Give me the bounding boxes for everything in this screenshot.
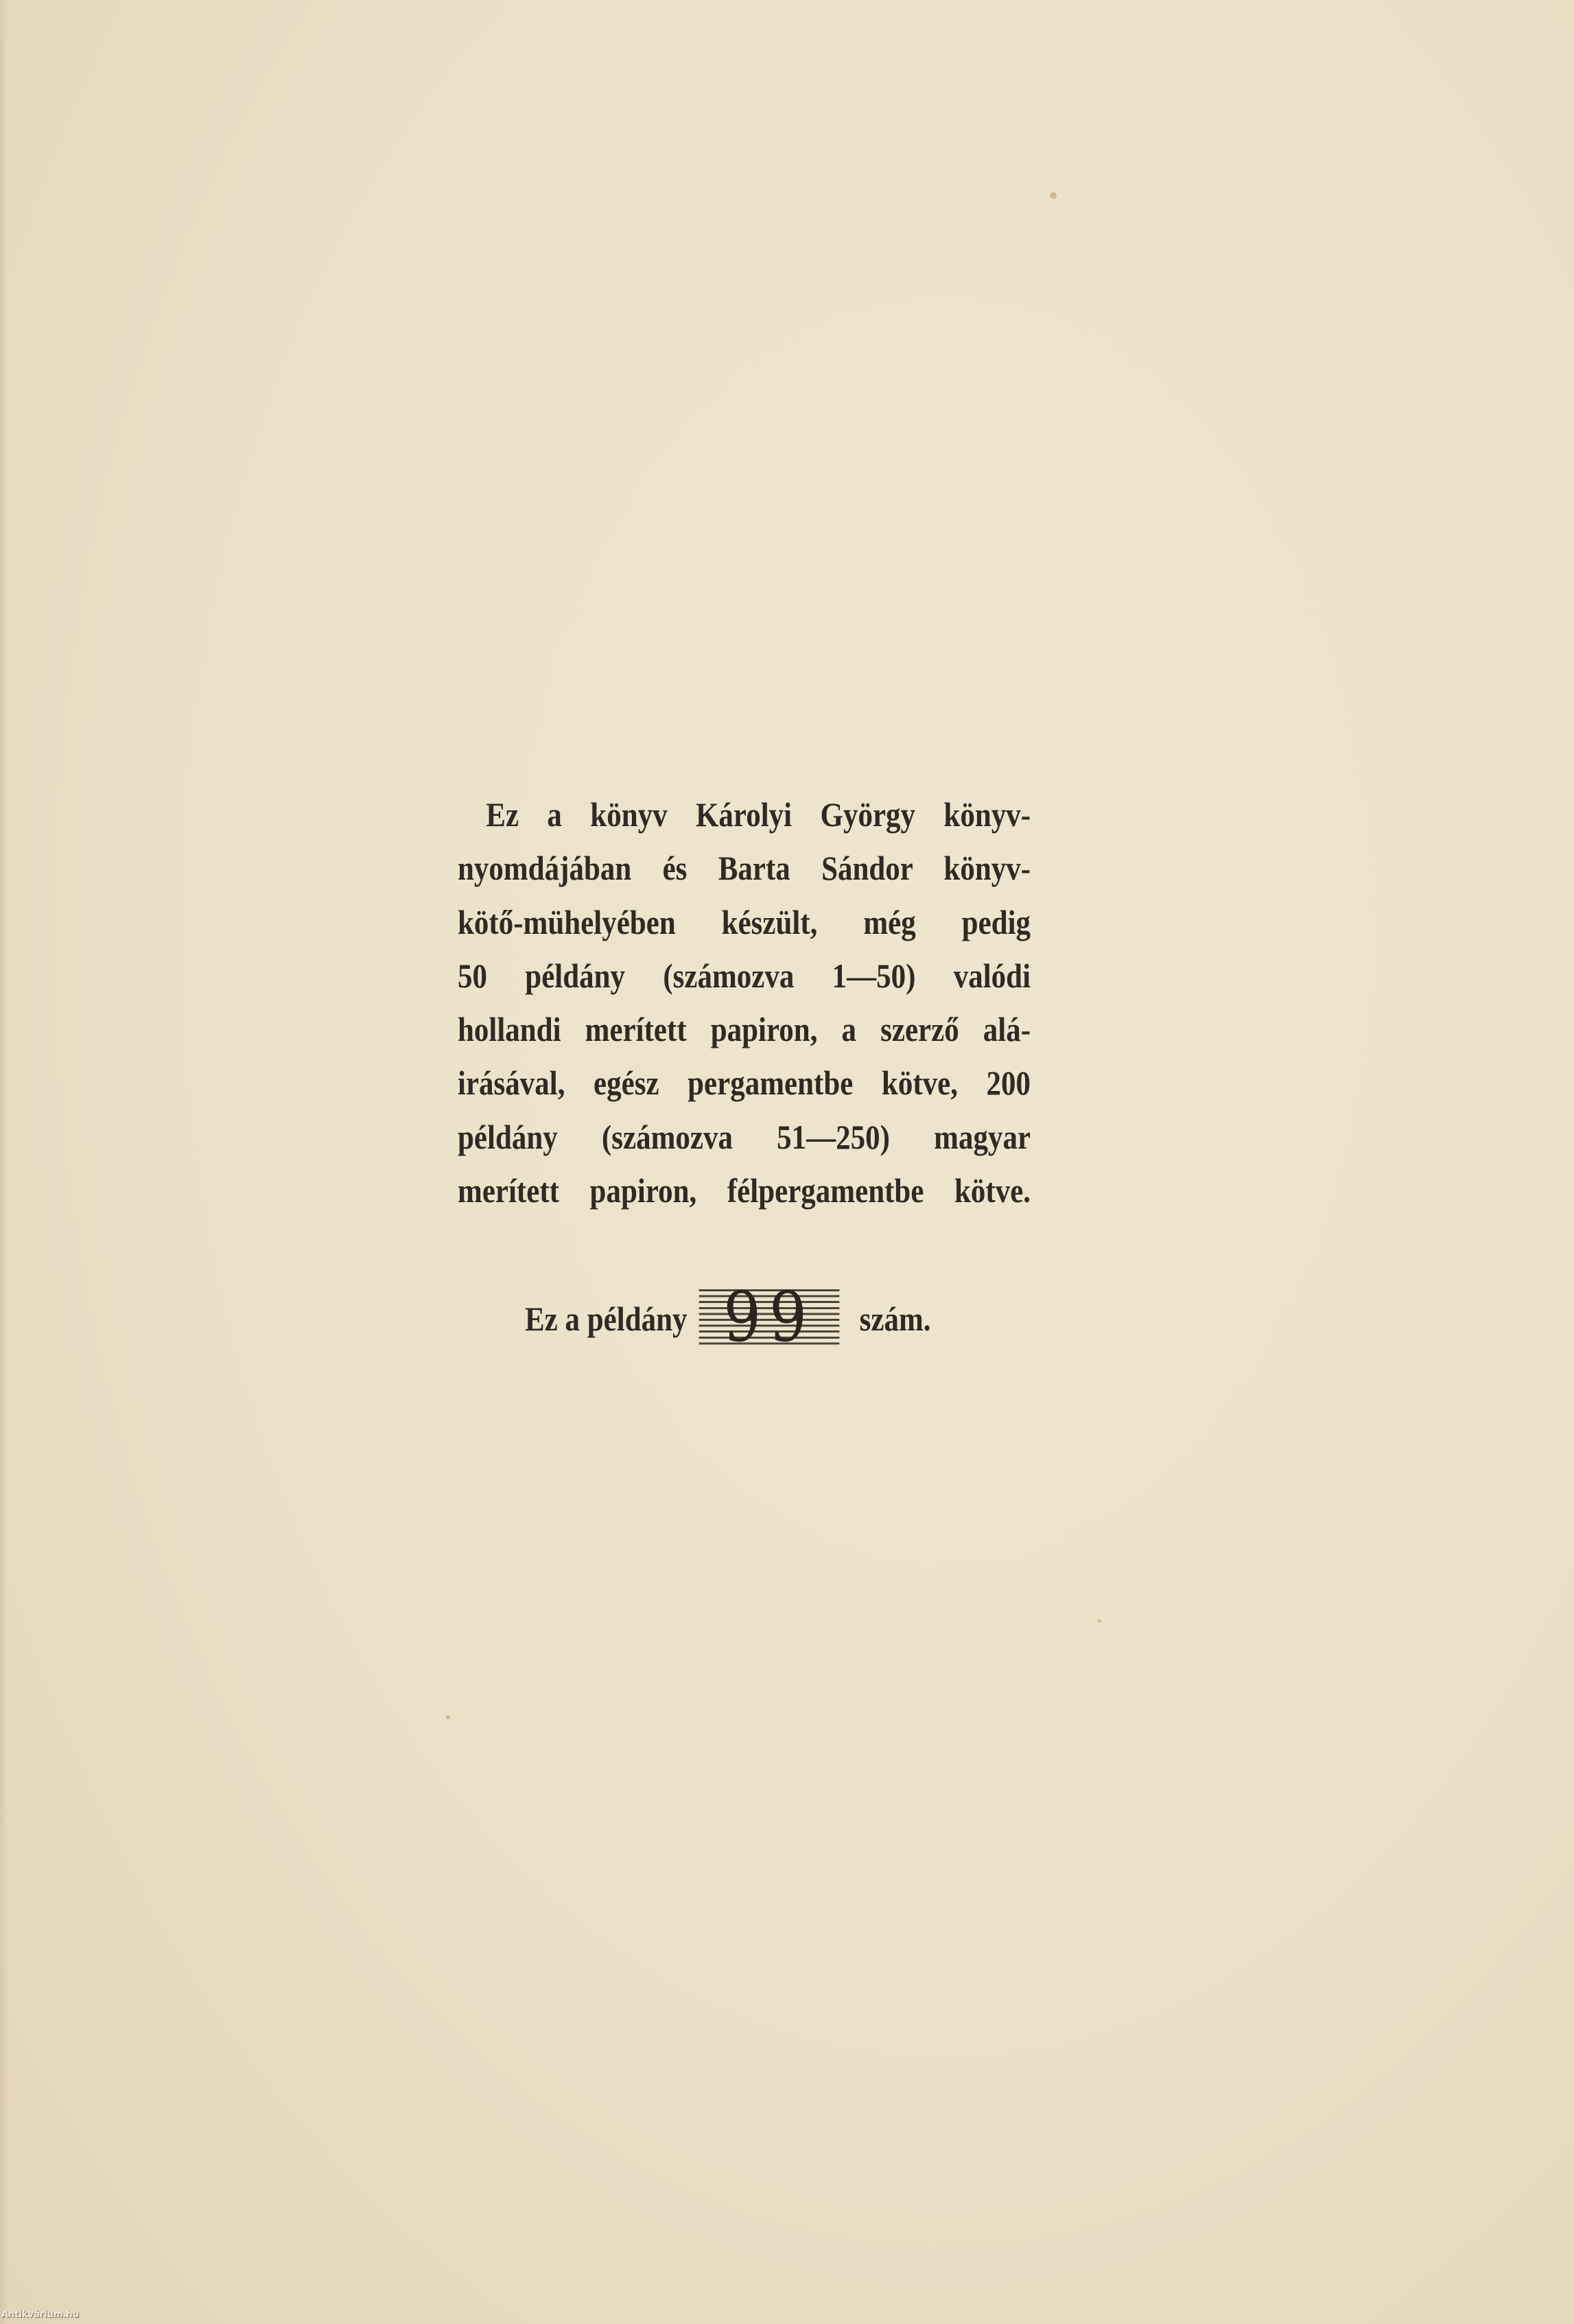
copy-number-value: 99 [723,1283,815,1352]
colophon-line: 50 példány (számozva 1—50) valódi [458,949,1031,1002]
colophon-line: példány (számozva 51—250) magyar [458,1110,1031,1164]
colophon-line: merített papiron, félpergamentbe kötve. [458,1164,1031,1217]
colophon-paragraph: Ez a könyv Károlyi György könyv- nyomdáj… [458,788,1031,1217]
paper-speck [1050,192,1057,199]
page-edge-shadow [0,0,8,2324]
paper-speck [446,1715,450,1719]
colophon-line: irásával, egész pergamentbe kötve, 200 [458,1056,1031,1110]
copy-number-prefix: Ez a példány [525,1299,688,1339]
paper-speck [1098,1619,1101,1623]
colophon-line: kötő-mühelyében készült, még pedig [458,895,1031,949]
watermark: Antikvárium.hu [1,2310,79,2320]
copy-number-stamp: 99 [699,1289,840,1348]
colophon-line: hollandi merített papiron, a szerző alá- [458,1002,1031,1056]
copy-number-line: Ez a példány 99 szám. [525,1284,931,1353]
colophon-line: Ez a könyv Károlyi György könyv- [458,788,1031,841]
colophon-line: nyomdájában és Barta Sándor könyv- [458,841,1031,895]
copy-number-suffix: szám. [860,1299,931,1339]
